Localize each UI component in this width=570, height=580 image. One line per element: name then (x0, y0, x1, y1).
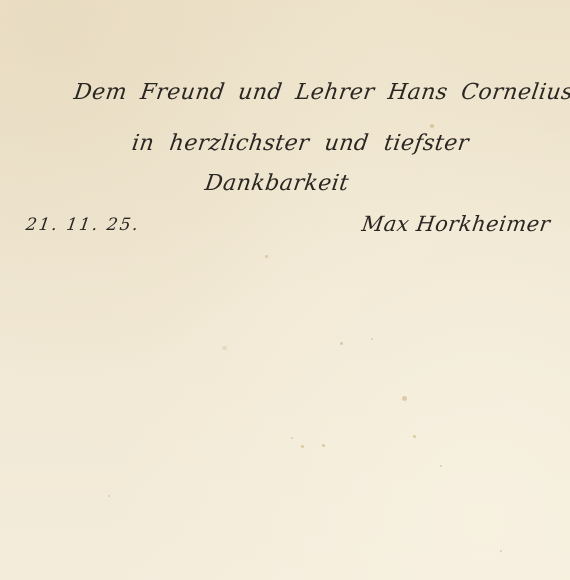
signature: Max Horkheimer (360, 212, 552, 236)
paper-page: Dem Freund und Lehrer Hans Cornelius in … (0, 0, 570, 580)
foxing-spot (500, 550, 502, 552)
foxing-spot (291, 437, 293, 439)
foxing-spot (108, 495, 110, 497)
dedication-line-2: in herzlichster und tiefster (130, 131, 470, 156)
foxing-spot (402, 396, 407, 401)
foxing-spot (265, 255, 268, 258)
dedication-date: 21. 11. 25. (25, 215, 142, 235)
foxing-spot (322, 444, 325, 447)
foxing-spot (413, 435, 416, 438)
dedication-line-3: Dankbarkeit (203, 171, 350, 196)
foxing-spot (340, 342, 343, 345)
foxing-spot (371, 338, 373, 340)
foxing-spot (222, 346, 227, 350)
foxing-spot (440, 465, 442, 467)
foxing-spot (301, 445, 304, 448)
foxing-spot (430, 124, 434, 128)
dedication-line-1: Dem Freund und Lehrer Hans Cornelius (72, 80, 570, 105)
